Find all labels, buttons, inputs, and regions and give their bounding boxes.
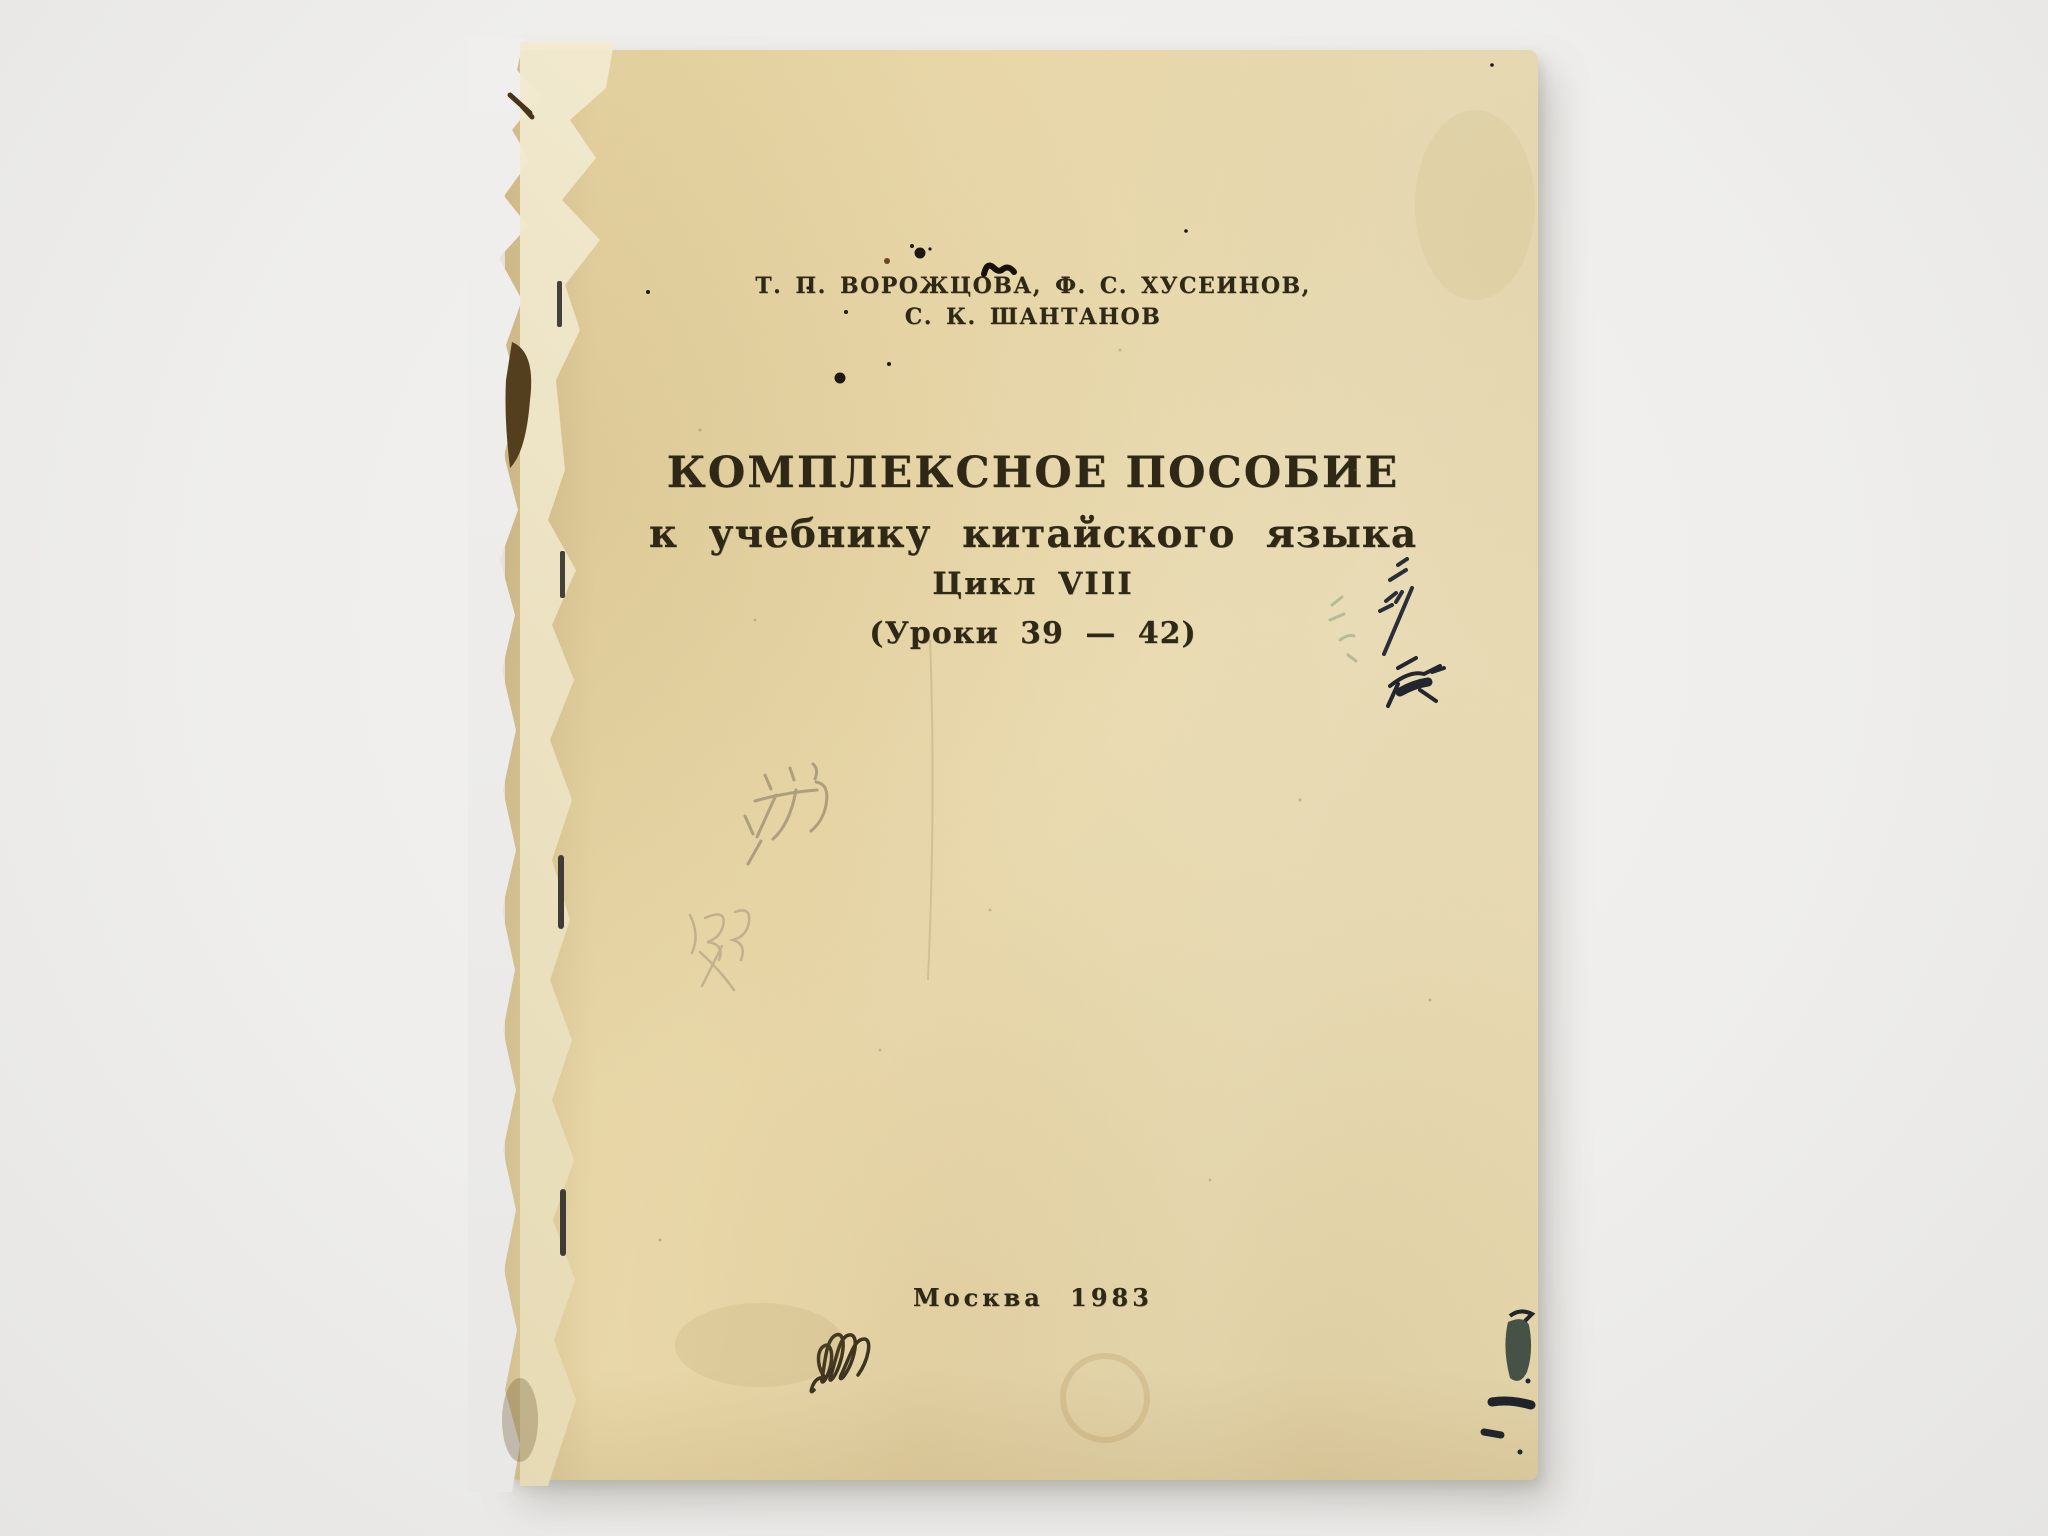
book-cover bbox=[505, 50, 1538, 1480]
author-block: Т. П. ВОРОЖЦОВА, Ф. С. ХУСЕИНОВ, С. К. Ш… bbox=[533, 271, 1533, 333]
lessons-label: (Уроки 39 — 42) bbox=[533, 616, 1533, 651]
author-line-1: Т. П. ВОРОЖЦОВА, Ф. С. ХУСЕИНОВ, bbox=[533, 271, 1533, 302]
author-line-2: С. К. ШАНТАНОВ bbox=[533, 302, 1533, 333]
cycle-label: Цикл VIII bbox=[533, 566, 1533, 602]
imprint-line: Москва 1983 bbox=[533, 1283, 1533, 1312]
book-title: КОМПЛЕКСНОЕ ПОСОБИЕ bbox=[533, 448, 1533, 498]
book-subtitle: к учебнику китайского языка bbox=[533, 511, 1533, 557]
